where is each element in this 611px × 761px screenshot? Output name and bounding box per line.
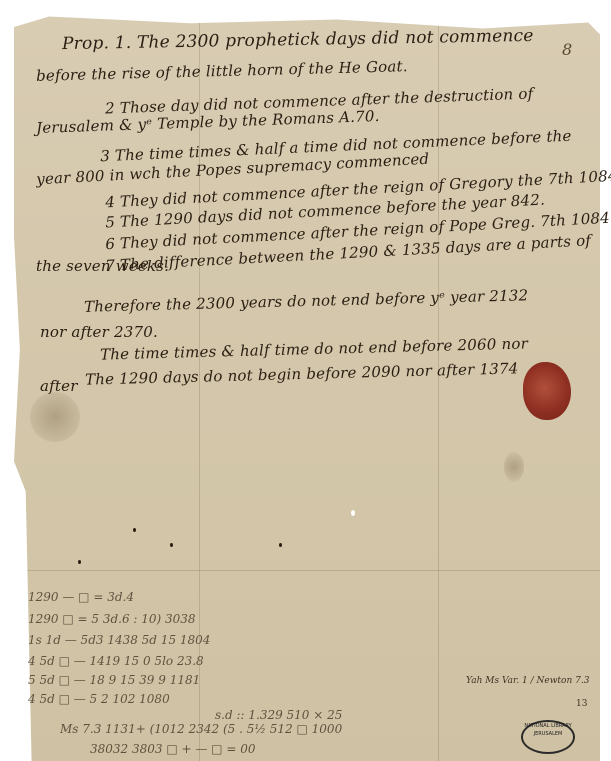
calculation-line: 4 5d □ — 5 2 102 1080 [28,692,170,706]
proposition-line: the seven weeks. [36,257,169,275]
calculation-line: s.d :: 1.329 510 × 25 [215,708,342,722]
conclusion-line: nor after 2370. [40,323,158,341]
ink-spot [170,543,173,547]
ink-spot [78,560,81,564]
fold-line [438,12,439,761]
fold-line [14,570,600,571]
calculation-line: 1290 □ = 5 3d.6 : 10) 3038 [28,612,196,626]
calculation-line: 5 5d □ — 18 9 15 39 9 1181 [28,673,200,687]
library-stamp: NATIONAL LIBRARY JERUSALEM [521,720,575,754]
paper-hole [351,510,355,516]
ink-stain [30,392,80,442]
ink-spot [133,528,136,532]
conclusion-line: after [40,377,78,395]
shelfmark-sub: 13 [576,699,587,709]
calculation-line: 38032 3803 □ + — □ = 00 [90,742,255,756]
wax-seal [523,362,571,420]
ink-stain [504,452,524,482]
calculation-line: 1s 1d — 5d3 1438 5d 15 1804 [28,633,210,647]
page-number: 8 [562,40,572,59]
ink-spot [279,543,282,547]
calculation-line: 1290 — □ = 3d.4 [28,590,134,604]
calculation-line: 4 5d □ — 1419 15 0 5lo 23.8 [28,654,204,668]
shelfmark: Yah Ms Var. 1 / Newton 7.3 [466,676,589,686]
calculation-line: Ms 7.3 1131+ (1012 2342 (5 . 5½ 512 □ 10… [60,722,342,736]
